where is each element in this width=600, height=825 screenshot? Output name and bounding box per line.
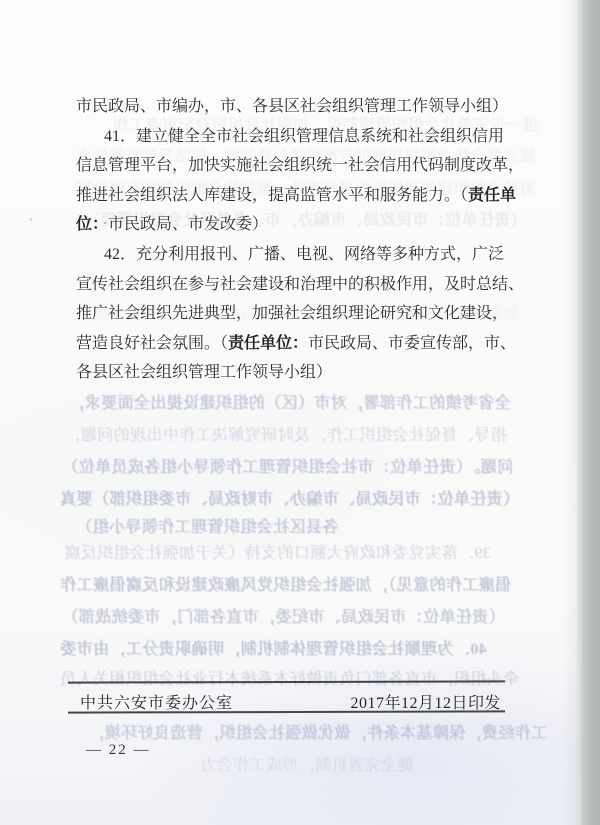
bold-text-segment: 责任单位：	[228, 335, 308, 352]
body-text: 市民政局、市编办，市、各县区社会组织管理工作领导小组）41．建立健全全市社会组织…	[76, 92, 516, 388]
text-line: 位：市民政局、市发改委）	[76, 210, 516, 240]
scanned-document-page: 进一步完善社会组织管理制度，加强社会组织登记审查工作，建立健全社会组织年度报告和…	[0, 0, 600, 825]
text-line: 42．充分利用报刊、广播、电视、网络等多种方式，广泛	[76, 240, 516, 270]
text-line: 信息管理平台，加快实施社会组织统一社会信用代码制度改革，	[76, 151, 516, 181]
bold-text-segment: 责任单	[468, 187, 516, 204]
ghost-showthrough-line: 各县区社会组织管理工作领导小组）	[76, 514, 338, 537]
text-segment: 各县区社会组织管理工作领导小组）	[76, 364, 332, 381]
text-segment: 市民政局、市发改委）	[108, 216, 268, 233]
ghost-showthrough-line: 健全完善机制，形成工作合力	[200, 752, 413, 775]
ghost-showthrough-line: 指导、督促社会组织工作，及时研究解决工作中出现的问题，	[64, 422, 507, 445]
text-line: 推进社会组织法人库建设，提高监管水平和服务能力。（责任单	[76, 181, 516, 211]
footer-row: 中共六安市委办公室 2017年12月12日印发	[68, 690, 505, 713]
ghost-showthrough-line: 39．落实党委和政府大额口的支持（关于加强社会组织反腐	[64, 540, 491, 563]
text-line: 各县区社会组织管理工作领导小组）	[76, 358, 516, 388]
text-segment: 信息管理平台，加快实施社会组织统一社会信用代码制度改革，	[76, 157, 524, 174]
text-line: 41．建立健全全市社会组织管理信息系统和社会组织信用	[76, 122, 516, 152]
text-segment: 营造良好社会氛围。（	[76, 335, 228, 352]
text-segment: 42．充分利用报刊、广播、电视、网络等多种方式，广泛	[104, 246, 504, 263]
ghost-showthrough-line: （责任单位：市民政局、市编办、市财政局、市委组织部）要真	[60, 486, 519, 509]
scan-speck	[30, 218, 32, 221]
issuing-office: 中共六安市委办公室	[68, 690, 233, 713]
text-line: 推广社会组织先进典型，加强社会组织理论研究和文化建设，	[76, 299, 516, 329]
text-segment: 宣传社会组织在参与社会建设和治理中的积极作用，及时总结、	[76, 276, 524, 293]
text-line: 宣传社会组织在参与社会建设和治理中的积极作用，及时总结、	[76, 270, 516, 300]
text-segment: 推进社会组织法人库建设，提高监管水平和服务能力。（	[76, 187, 468, 204]
text-segment: 41．建立健全全市社会组织管理信息系统和社会组织信用	[104, 128, 504, 145]
text-line: 营造良好社会氛围。（责任单位：市民政局、市委宣传部，市、	[76, 329, 516, 359]
text-line: 市民政局、市编办，市、各县区社会组织管理工作领导小组）	[76, 92, 516, 122]
page-number: — 22 —	[86, 742, 151, 759]
ghost-showthrough-line: 倡廉工作的意见），加强社会组织党风廉政建设和反腐倡廉工作	[60, 572, 511, 595]
ghost-showthrough-line: 牵头组织，市直各部门负责做好本系统本行业社会组织相关人员	[60, 666, 519, 689]
scan-speck	[104, 222, 106, 224]
ghost-showthrough-line: 问题。（责任单位：市社会组织管理工作领导小组各成员单位）	[62, 454, 513, 477]
text-segment: 市民政局、市委宣传部，市、	[308, 335, 516, 352]
bold-text-segment: 位：	[76, 216, 108, 233]
ghost-showthrough-line: 全省考绩的工作部署，对市（区）的组织建设提出全面要求，	[68, 390, 511, 413]
ghost-showthrough-line: （责任单位：市民政局、市纪委，市直各部门，市委统战部）	[62, 604, 505, 627]
text-segment: 市民政局、市编办，市、各县区社会组织管理工作领导小组）	[76, 98, 508, 115]
ghost-showthrough-line: 工作经费，保障基本条件，做优做强社会组织，营造良好环境，	[88, 720, 547, 743]
ghost-showthrough-line: 40．为理顺社会组织管理体制机制，明确职责分工，由市委	[60, 636, 487, 659]
text-segment: 推广社会组织先进典型，加强社会组织理论研究和文化建设，	[76, 305, 508, 322]
